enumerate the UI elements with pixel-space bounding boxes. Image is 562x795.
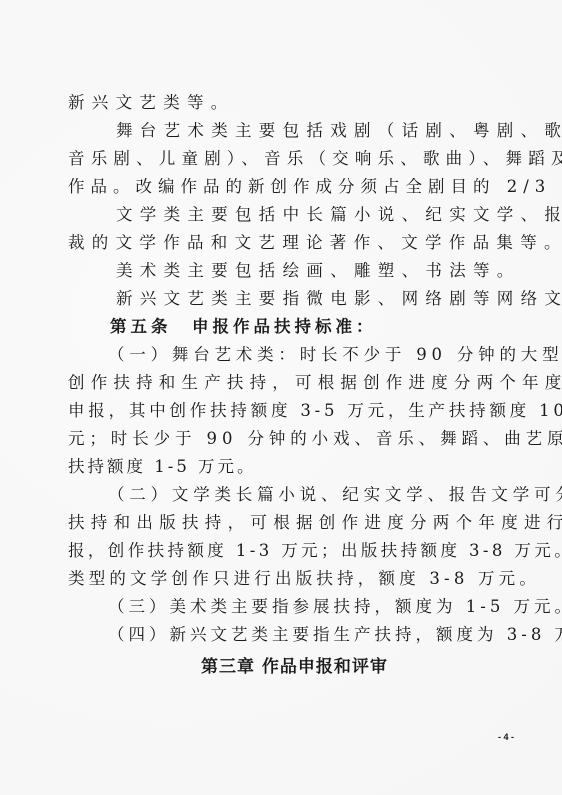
text-line: 作品。改编作品的新创作成分须占全剧目的 2/3 以上。: [68, 177, 508, 197]
item-one: （一）舞台艺术类：时长不少于 90 分钟的大型戏剧分: [108, 345, 548, 365]
text-line: 扶持和出版扶持，可根据创作进度分两个年度进行两次申: [68, 513, 508, 533]
paragraph-stage-arts: 舞台艺术类主要包括戏剧（话剧、粤剧、歌剧、舞剧、: [116, 121, 556, 141]
text-line: 裁的文学作品和文艺理论著作、文学作品集等。: [68, 233, 508, 253]
article-five-heading: 第五条 申报作品扶持标准：: [110, 317, 550, 337]
paragraph-literature: 文学类主要包括中长篇小说、纪实文学、报告文学等体: [116, 205, 556, 225]
text-line: 创作扶持和生产扶持，可根据创作进度分两个年度进行两次: [68, 373, 508, 393]
chapter-heading: 第三章 作品申报和评审: [201, 652, 388, 677]
text-line: 元；时长少于 90 分钟的小戏、音乐、舞蹈、曲艺原创作品: [68, 429, 508, 449]
item-three: （三）美术类主要指参展扶持，额度为 1-5 万元。: [108, 597, 548, 617]
text-line: 类型的文学创作只进行出版扶持，额度 3-8 万元。: [68, 569, 508, 589]
item-four: （四）新兴文艺类主要指生产扶持，额度为 3-8 万元。: [108, 625, 548, 645]
paragraph-new-arts: 新兴文艺类主要指微电影、网络剧等网络文艺。: [116, 289, 556, 309]
paragraph-fine-arts: 美术类主要包括绘画、雕塑、书法等。: [116, 261, 556, 281]
item-two: （二）文学类长篇小说、纪实文学、报告文学可分创作: [108, 485, 548, 505]
text-line: 扶持额度 1-5 万元。: [68, 457, 508, 477]
text-line: 新兴文艺类等。: [68, 93, 508, 113]
text-line: 音乐剧、儿童剧）、音乐（交响乐、歌曲）、舞蹈及曲艺原创: [68, 149, 508, 169]
text-line: 报，创作扶持额度 1-3 万元；出版扶持额度 3-8 万元。其他: [68, 541, 508, 561]
page-number: - 4 -: [498, 732, 514, 742]
document-page: 新兴文艺类等。 舞台艺术类主要包括戏剧（话剧、粤剧、歌剧、舞剧、 音乐剧、儿童剧…: [0, 0, 562, 795]
text-line: 申报，其中创作扶持额度 3-5 万元，生产扶持额度 10-15 万: [68, 401, 508, 421]
